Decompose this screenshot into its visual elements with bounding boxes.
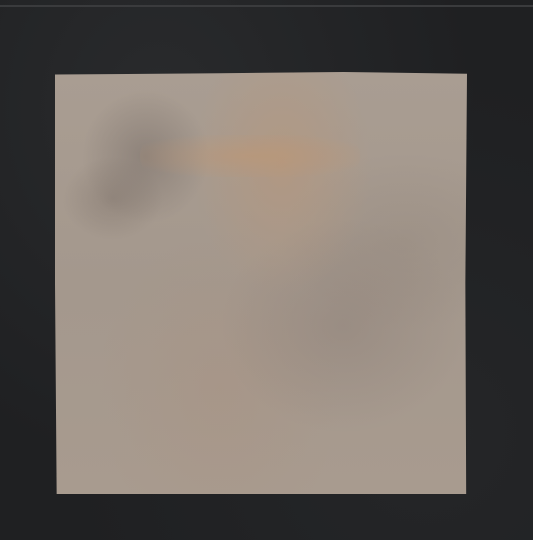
- stamp-reverse: [55, 72, 467, 494]
- hinge-remnant: [140, 135, 360, 177]
- photo-scene: [0, 0, 533, 540]
- stock-page-edge: [0, 5, 533, 7]
